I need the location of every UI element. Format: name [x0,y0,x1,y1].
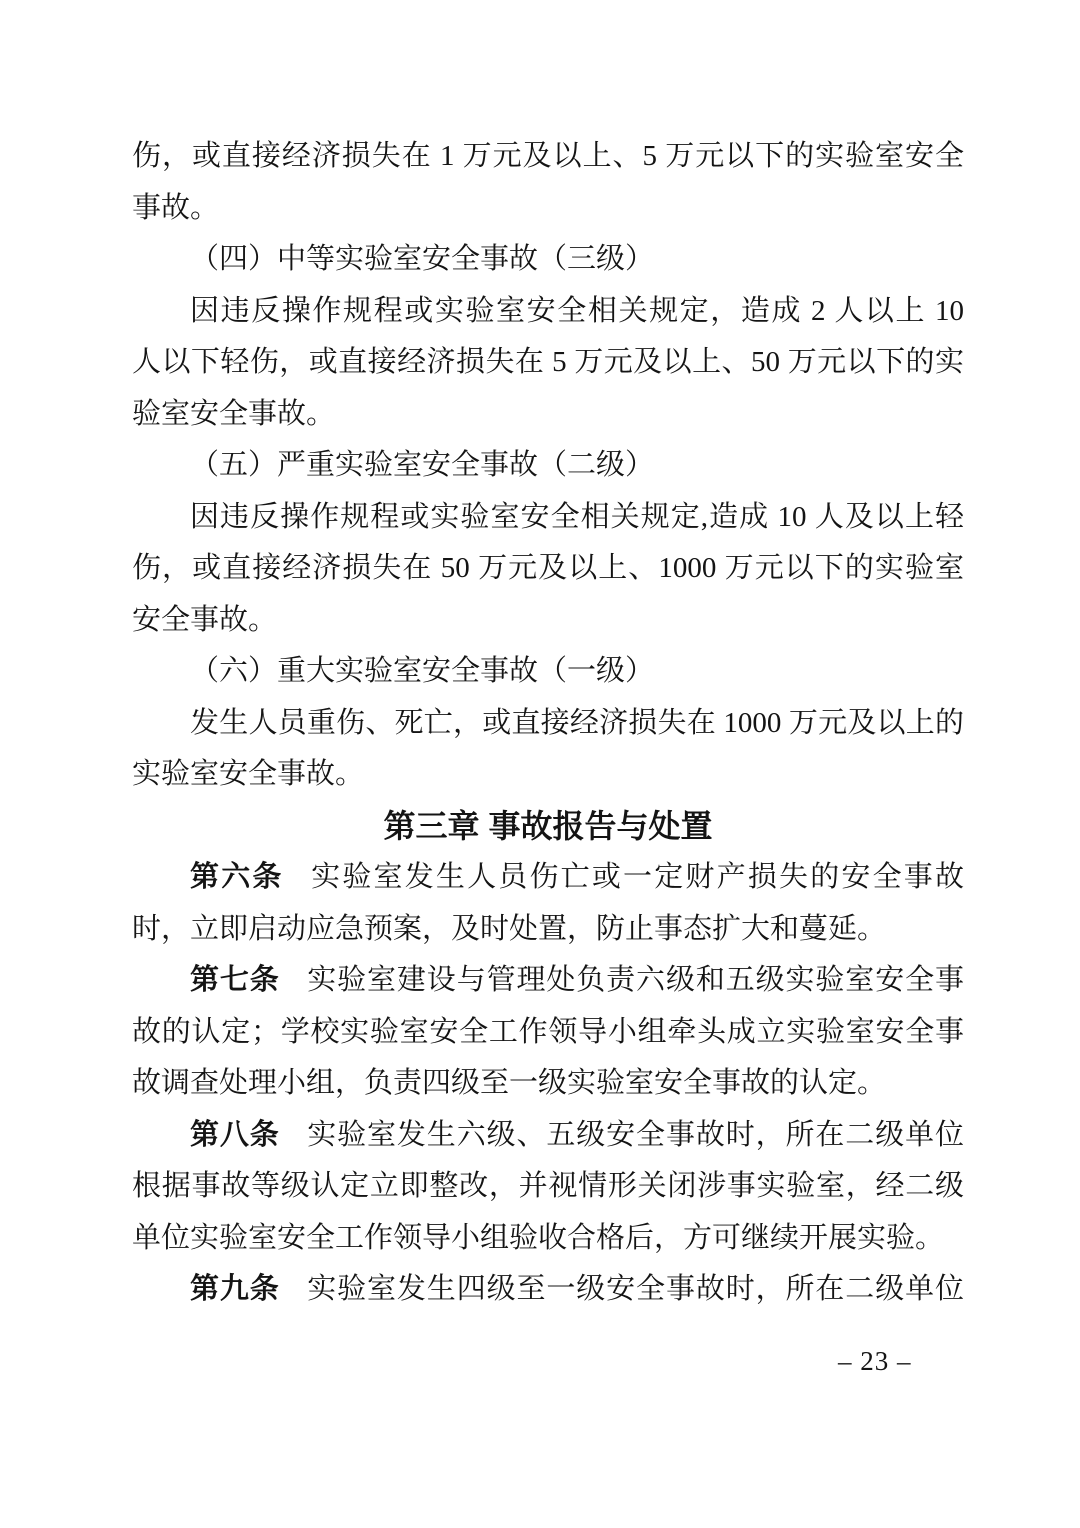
line-text: 故调查处理小组，负责四级至一级实验室安全事故的认定。 [132,1067,886,1099]
line-text: （六）重大实验室安全事故（一级） [190,655,654,687]
line-text: 人以下轻伤，或直接经济损失在 5 万元及以上、50 万元以下的实 [132,346,964,378]
text-line: 故的认定；学校实验室安全工作领导小组牵头成立实验室安全事 [132,1007,964,1059]
line-text: 安全事故。 [132,604,277,636]
text-line: 因违反操作规程或实验室安全相关规定,造成 10 人及以上轻 [132,492,964,544]
article-line: 第九条实验室发生四级至一级安全事故时，所在二级单位 [132,1264,964,1316]
text-line: 时，立即启动应急预案，及时处置，防止事态扩大和蔓延。 [132,904,964,956]
text-line: （六）重大实验室安全事故（一级） [132,646,964,698]
text-line: 因违反操作规程或实验室安全相关规定，造成 2 人以上 10 [132,286,964,338]
line-text: 发生人员重伤、死亡，或直接经济损失在 1000 万元及以上的 [190,707,964,739]
article-label: 第七条 [190,964,280,996]
line-text: 实验室发生人员伤亡或一定财产损失的安全事故 [311,861,964,893]
line-text: 第三章 事故报告与处置 [384,808,713,844]
article-label: 第八条 [190,1119,280,1151]
article-line: 第八条实验室发生六级、五级安全事故时，所在二级单位 [132,1110,964,1162]
article-line: 第六条实验室发生人员伤亡或一定财产损失的安全事故 [132,852,964,904]
line-text: 验室安全事故。 [132,398,335,430]
line-text: 实验室发生四级至一级安全事故时，所在二级单位 [307,1273,964,1305]
line-text: 实验室建设与管理处负责六级和五级实验室安全事 [307,964,964,996]
article-label: 第六条 [190,861,284,893]
line-text: （四）中等实验室安全事故（三级） [190,243,654,275]
text-line: 根据事故等级认定立即整改，并视情形关闭涉事实验室，经二级 [132,1161,964,1213]
article-line: 第七条实验室建设与管理处负责六级和五级实验室安全事 [132,955,964,1007]
text-line: 实验室安全事故。 [132,749,964,801]
line-text: 单位实验室安全工作领导小组验收合格后，方可继续开展实验。 [132,1222,944,1254]
text-line: 验室安全事故。 [132,389,964,441]
line-text: 事故。 [132,192,219,224]
text-line: 事故。 [132,183,964,235]
line-text: 因违反操作规程或实验室安全相关规定，造成 2 人以上 10 [190,295,964,327]
text-line: 故调查处理小组，负责四级至一级实验室安全事故的认定。 [132,1058,964,1110]
line-text: 时，立即启动应急预案，及时处置，防止事态扩大和蔓延。 [132,913,886,945]
document-content: 伤，或直接经济损失在 1 万元及以上、5 万元以下的实验室安全事故。（四）中等实… [132,131,964,1316]
article-label: 第九条 [190,1273,280,1305]
text-line: 安全事故。 [132,595,964,647]
chapter-heading: 第三章 事故报告与处置 [132,801,964,853]
text-line: （五）严重实验室安全事故（二级） [132,440,964,492]
text-line: 单位实验室安全工作领导小组验收合格后，方可继续开展实验。 [132,1213,964,1265]
line-text: 实验室发生六级、五级安全事故时，所在二级单位 [307,1119,964,1151]
text-line: 伤，或直接经济损失在 1 万元及以上、5 万元以下的实验室安全 [132,131,964,183]
text-line: 人以下轻伤，或直接经济损失在 5 万元及以上、50 万元以下的实 [132,337,964,389]
line-text: （五）严重实验室安全事故（二级） [190,449,654,481]
page-number: – 23 – [838,1346,912,1376]
line-text: 伤，或直接经济损失在 1 万元及以上、5 万元以下的实验室安全 [132,140,964,172]
text-line: 发生人员重伤、死亡，或直接经济损失在 1000 万元及以上的 [132,698,964,750]
line-text: 实验室安全事故。 [132,758,364,790]
line-text: 因违反操作规程或实验室安全相关规定,造成 10 人及以上轻 [190,501,964,533]
text-line: （四）中等实验室安全事故（三级） [132,234,964,286]
line-text: 伤，或直接经济损失在 50 万元及以上、1000 万元以下的实验室 [132,552,964,584]
line-text: 故的认定；学校实验室安全工作领导小组牵头成立实验室安全事 [132,1016,964,1048]
text-line: 伤，或直接经济损失在 50 万元及以上、1000 万元以下的实验室 [132,543,964,595]
line-text: 根据事故等级认定立即整改，并视情形关闭涉事实验室，经二级 [132,1170,964,1202]
